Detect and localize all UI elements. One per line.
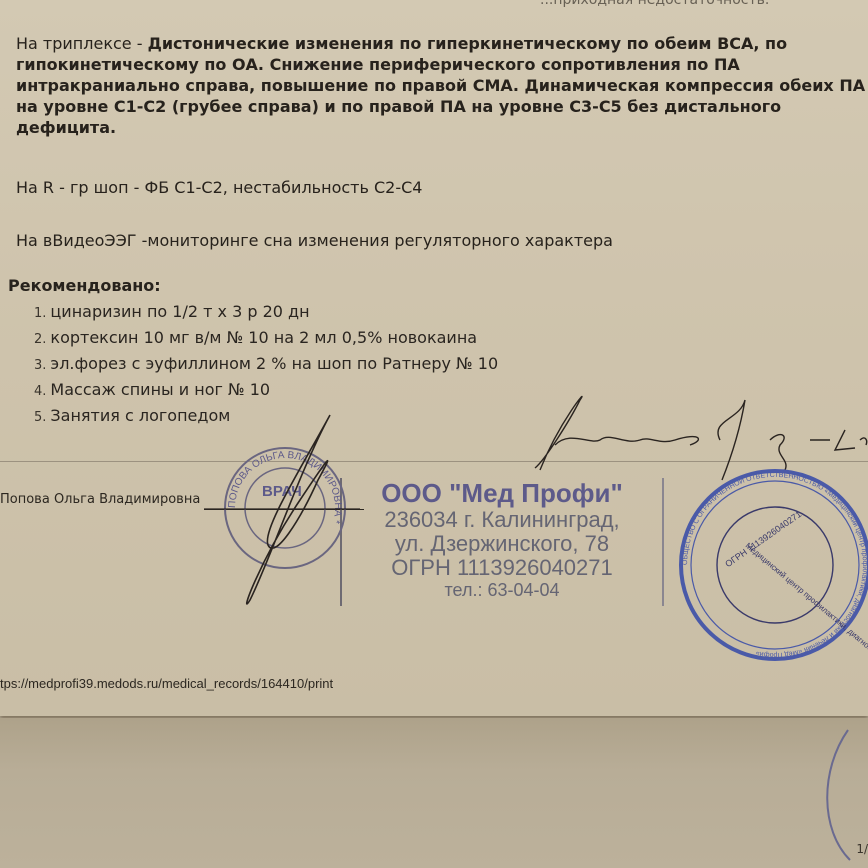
stamps-and-signatures: ВРАЧ ПОПОВА ОЛЬГА ВЛАДИМИРОВНА * ОБЩЕСТВ…	[0, 0, 868, 868]
partial-seal-next-page	[827, 730, 850, 860]
company-seal-icon: ОБЩЕСТВО С ОГРАНИЧЕННОЙ ОТВЕТСТВЕННОСТЬЮ…	[681, 471, 868, 724]
doctor-stamp-icon: ВРАЧ ПОПОВА ОЛЬГА ВЛАДИМИРОВНА *	[225, 448, 345, 568]
svg-text:Медицинский центр профилактики: Медицинский центр профилактики, диагност…	[744, 541, 868, 724]
handwritten-note	[535, 396, 867, 480]
